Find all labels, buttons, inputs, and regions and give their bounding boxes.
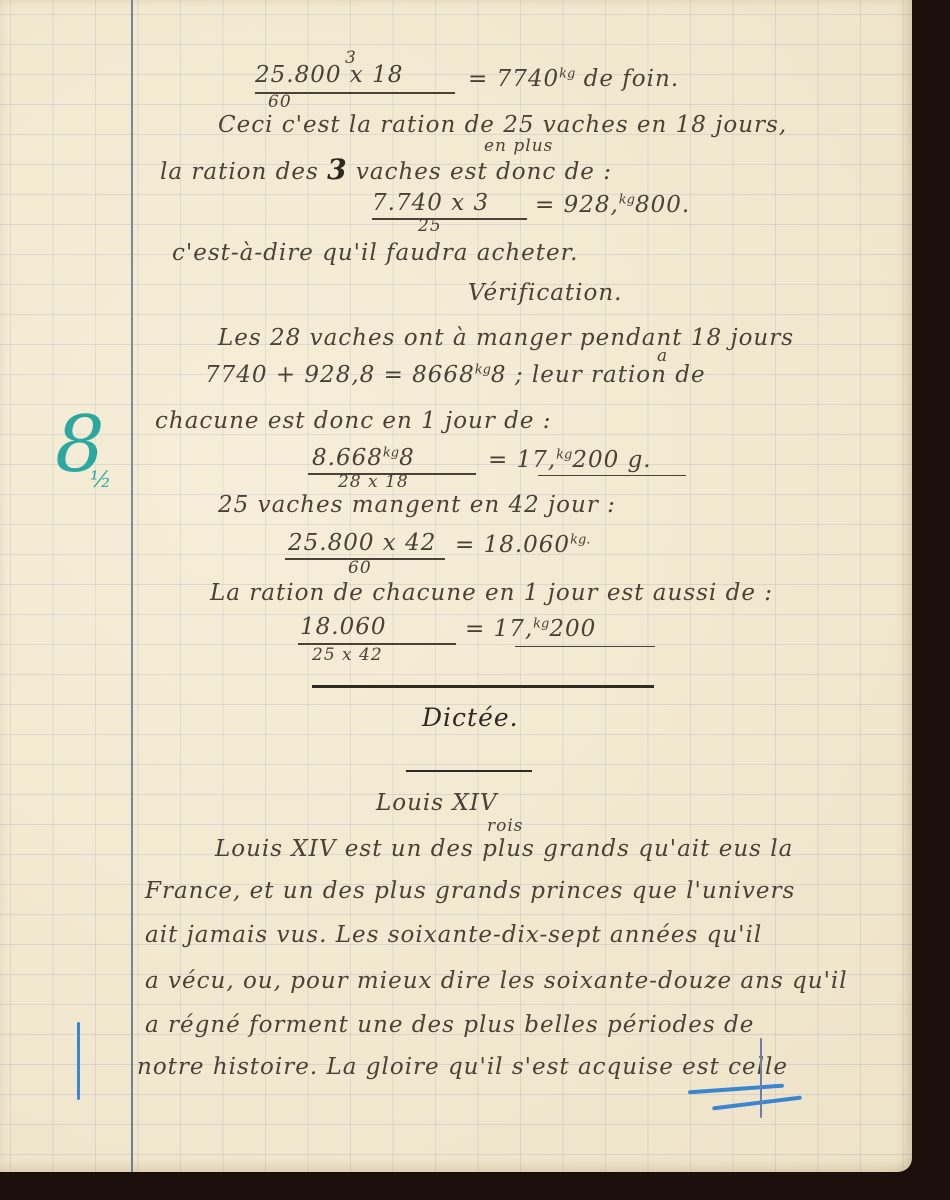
line4-result: = 928,kg800.: [535, 192, 690, 218]
line9-unit: kg: [383, 445, 399, 460]
line3-after: vaches est donc de :: [356, 159, 612, 185]
line13-result: = 17,kg200: [465, 616, 596, 642]
section-separator: [312, 685, 654, 688]
dictation-line-1: Louis XIV est un des plus grands qu'ait …: [215, 836, 793, 862]
line4-numerator: 7.740 x 3: [372, 190, 489, 216]
verification-title: Vérification.: [468, 280, 623, 306]
title-separator: [406, 770, 532, 772]
line6-text: Les 28 vaches ont à manger pendant 18 jo…: [218, 325, 794, 351]
line9-numerator: 8.668kg8: [312, 445, 415, 471]
line5-text: c'est-à-dire qu'il faudra acheter.: [172, 240, 578, 266]
line13-result-end: 200: [549, 616, 596, 642]
line7-unit: kg: [475, 362, 491, 377]
line1-unit: kg: [559, 66, 575, 81]
margin-line: [131, 0, 133, 1172]
line3-before: la ration des: [160, 159, 319, 185]
dictation-line-5: a régné forment une des plus belles péri…: [145, 1012, 754, 1038]
margin-grade-fraction: ½: [90, 468, 111, 493]
line4-fraction-bar: [372, 218, 527, 220]
dictation-line-4: a vécu, ou, pour mieux dire les soixante…: [145, 968, 848, 994]
line11-unit: kg.: [570, 532, 590, 547]
line13-numerator: 18.060: [300, 614, 386, 640]
notebook-page: 3 25.800 x 18 60 = 7740kg de foin. Ceci …: [0, 0, 912, 1172]
correction-vertical-mark: [760, 1038, 762, 1118]
correction-underline-1: [688, 1084, 784, 1095]
line3-text: la ration des 3 vaches est donc de :: [160, 153, 612, 186]
line4-denominator: 25: [418, 216, 442, 236]
insertion-rois: rois: [487, 816, 524, 836]
line4-unit: kg: [619, 192, 635, 207]
line7-end: 8 ; leur ration de: [491, 362, 706, 388]
line1-denominator: 60: [268, 92, 292, 112]
line10-text: 25 vaches mangent en 42 jour :: [218, 492, 616, 518]
line9-result-value: = 17,: [488, 447, 556, 473]
line9-result-end: 200 g.: [572, 447, 651, 473]
line1-numerator: 25.800 x 18: [255, 62, 403, 88]
line3-number: 3: [327, 153, 347, 186]
line1-result: = 7740kg de foin.: [468, 66, 679, 92]
line11-denominator: 60: [348, 558, 372, 578]
dictation-title: Louis XIV: [376, 790, 497, 816]
line8-text: chacune est donc en 1 jour de :: [155, 408, 552, 434]
line13-result-value: = 17,: [465, 616, 533, 642]
line13-unit: kg: [533, 616, 549, 631]
line13-result-underline: [515, 646, 655, 647]
dictation-line-6: notre histoire. La gloire qu'il s'est ac…: [137, 1054, 788, 1080]
margin-blue-mark: [77, 1022, 80, 1100]
line7-equation: 7740 + 928,8 = 8668: [205, 362, 475, 388]
line1-suffix: de foin.: [584, 66, 680, 92]
line11-numerator: 25.800 x 42: [288, 530, 436, 556]
line11-result-value: = 18.060: [455, 532, 570, 558]
line4-result-end: 800.: [635, 192, 690, 218]
line7-text: 7740 + 928,8 = 8668kg8 ; leur ration de: [205, 362, 706, 388]
line12-text: La ration de chacune en 1 jour est aussi…: [210, 580, 773, 606]
line9-result: = 17,kg200 g.: [488, 447, 652, 473]
line1-result-value: = 7740: [468, 66, 559, 92]
line4-result-value: = 928,: [535, 192, 619, 218]
dictation-line-2: France, et un des plus grands princes qu…: [145, 878, 795, 904]
line9-result-underline: [538, 475, 686, 476]
line11-result: = 18.060kg.: [455, 532, 590, 558]
line9-num-end: 8: [399, 445, 415, 471]
line9-denominator: 28 x 18: [338, 472, 409, 492]
line9-result-unit: kg: [556, 447, 572, 462]
dictation-line-3: ait jamais vus. Les soixante-dix-sept an…: [145, 922, 762, 948]
line9-num-value: 8.668: [312, 445, 383, 471]
dictation-heading: Dictée.: [422, 703, 519, 732]
line2-text: Ceci c'est la ration de 25 vaches en 18 …: [218, 112, 787, 138]
correction-underline-2: [712, 1096, 802, 1111]
line13-denominator: 25 x 42: [312, 645, 383, 665]
